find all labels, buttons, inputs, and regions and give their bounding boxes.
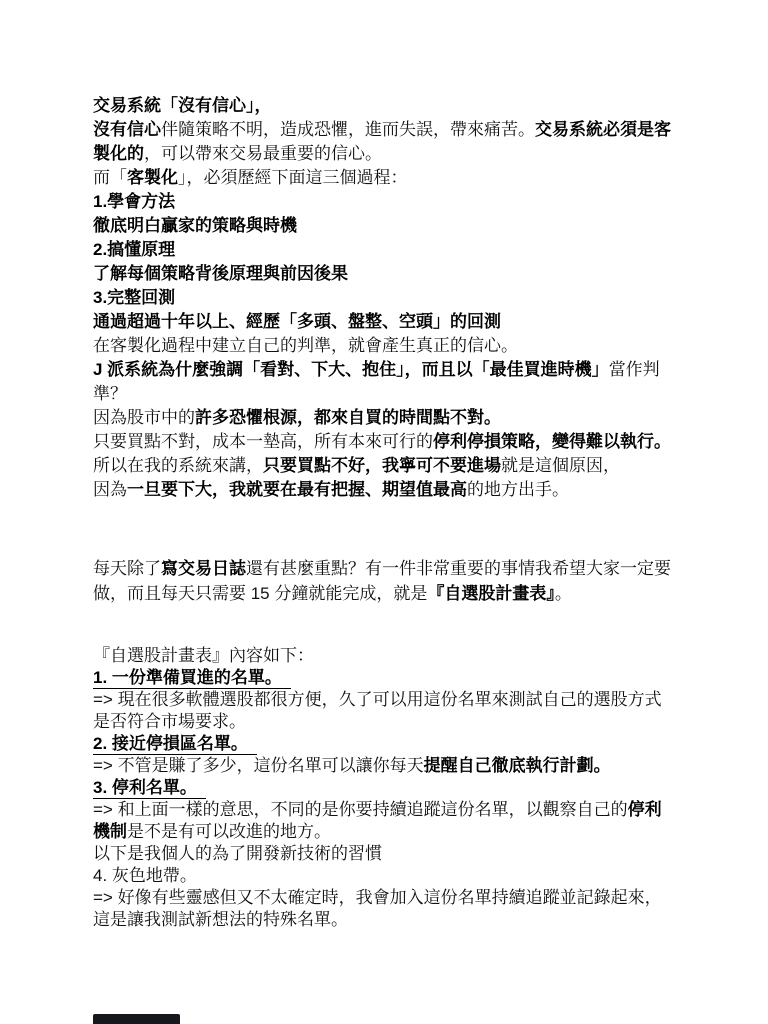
text-run: 這是讓我測試新想法的特殊名單。 [93, 910, 348, 929]
text-run: 所以在我的系統來講， [93, 456, 263, 475]
text-line: 只要買點不對，成本一墊高，所有本來可行的停利停損策略，變得難以執行。 [93, 430, 693, 454]
text-run-bold: 提醒自己徹底執行計劃。 [424, 756, 611, 775]
text-line: 沒有信心伴隨策略不明，造成恐懼，進而失誤，帶來痛苦。交易系統必須是客 [93, 118, 693, 142]
text-line: 這是讓我測試新想法的特殊名單。 [93, 909, 693, 931]
text-line: J 派系統為什麼強調「看對、下大、抱住」，而且以「最佳買進時機」當作判 [93, 358, 693, 382]
text-run-bold: 客製化 [127, 168, 178, 187]
text-line: 『自選股計畫表』內容如下： [93, 645, 693, 667]
text-line: 每天除了寫交易日誌還有甚麼重點？有一件非常重要的事情我希望大家一定要 [93, 556, 693, 581]
text-run-bold: 通過超過十年以上、經歷「多頭、盤整、空頭」的回測 [93, 312, 501, 331]
text-run: 因為 [93, 480, 127, 499]
text-run: => 現在很多軟體選股都很方便，久了可以用這份名單來測試自己的選股方式 [93, 690, 662, 709]
text-run: 每天除了 [93, 559, 161, 578]
text-run-bold: 停利 [628, 800, 662, 819]
text-run: 伴隨策略不明，造成恐懼，進而失誤，帶來痛苦。 [161, 120, 535, 139]
text-run-bold: 『自選股計畫表』 [427, 584, 555, 603]
text-line: 機制是不是有可以改進的地方。 [93, 821, 693, 843]
text-run: 是不是有可以改進的地方。 [127, 822, 331, 841]
text-line: 2. 接近停損區名單。 [93, 733, 693, 755]
text-run-bold: 交易系統「沒有信心」， [93, 96, 272, 115]
text-run-bold: 徹底明白贏家的策略與時機 [93, 216, 297, 235]
text-line: 做，而且每天只需要 15 分鐘就能完成，就是『自選股計畫表』。 [93, 581, 693, 606]
text-line: 因為一旦要下大，我就要在最有把握、期望值最高的地方出手。 [93, 478, 693, 502]
text-run: 的地方出手。 [467, 480, 569, 499]
text-run: 是否符合市場要求。 [93, 712, 246, 731]
text-run: 而「 [93, 168, 127, 187]
text-run: 以下是我個人的為了開發新技術的習慣 [93, 844, 382, 863]
text-run: 只要買點不對，成本一墊高，所有本來可行的 [93, 432, 433, 451]
text-run-bold: 製化的 [93, 144, 144, 163]
text-run: => 好像有些靈感但又不太確定時，我會加入這份名單持續追蹤並記錄起來， [93, 888, 662, 907]
text-line: 是否符合市場要求。 [93, 711, 693, 733]
text-line: 了解每個策略背後原理與前因後果 [93, 262, 693, 286]
text-run: 因為股市中的 [93, 408, 195, 427]
text-run-bold: 一旦要下大，我就要在最有把握、期望值最高 [127, 480, 467, 499]
text-line: 通過超過十年以上、經歷「多頭、盤整、空頭」的回測 [93, 310, 693, 334]
text-line: 而「客製化」，必須歷經下面這三個過程： [93, 166, 693, 190]
text-line: 所以在我的系統來講，只要買點不好，我寧可不要進場就是這個原因， [93, 454, 693, 478]
text-run-bold: 交易系統必須是客 [535, 120, 671, 139]
text-run: 在客製化過程中建立自己的判準，就會產生真正的信心。 [93, 336, 518, 355]
text-run: 」，必須歷經下面這三個過程： [178, 168, 408, 187]
text-line: 以下是我個人的為了開發新技術的習慣 [93, 843, 693, 865]
text-line: => 好像有些靈感但又不太確定時，我會加入這份名單持續追蹤並記錄起來， [93, 887, 693, 909]
text-run-bold: J 派系統為什麼強調「看對、下大、抱住」，而且以「最佳買進時機」 [93, 360, 609, 379]
text-run: 做，而且每天只需要 15 分鐘就能完成，就是 [93, 584, 427, 603]
text-line: => 不管是賺了多少，這份名單可以讓你每天提醒自己徹底執行計劃。 [93, 755, 693, 777]
next-line-cutoff-fragment [93, 1014, 180, 1024]
text-line: 交易系統「沒有信心」， [93, 94, 693, 118]
section-daily-task-intro: 每天除了寫交易日誌還有甚麼重點？有一件非常重要的事情我希望大家一定要做，而且每天… [93, 556, 693, 606]
text-line: 1.學會方法 [93, 190, 693, 214]
text-line: 2.搞懂原理 [93, 238, 693, 262]
text-line: 製化的，可以帶來交易最重要的信心。 [93, 142, 693, 166]
text-line: 因為股市中的許多恐懼根源，都來自買的時間點不對。 [93, 406, 693, 430]
text-line: 徹底明白贏家的策略與時機 [93, 214, 693, 238]
text-run: 還有甚麼重點？有一件非常重要的事情我希望大家一定要 [246, 559, 671, 578]
text-run-bold: 寫交易日誌 [161, 559, 246, 578]
list-heading-underlined: 2. 接近停損區名單。 [93, 734, 257, 755]
text-line: => 現在很多軟體選股都很方便，久了可以用這份名單來測試自己的選股方式 [93, 689, 693, 711]
text-run-bold: 只要買點不好，我寧可不要進場 [263, 456, 501, 475]
text-run-bold: 2.搞懂原理 [93, 240, 175, 259]
list-heading-underlined: 1. 一份準備買進的名單。 [93, 668, 291, 689]
text-line: 1. 一份準備買進的名單。 [93, 667, 693, 689]
text-run: => 不管是賺了多少，這份名單可以讓你每天 [93, 756, 424, 775]
text-run-bold: 1.學會方法 [93, 192, 175, 211]
text-line: 3. 停利名單。 [93, 777, 693, 799]
text-run-bold: 停利停損策略，變得難以執行。 [433, 432, 671, 451]
document-page: 交易系統「沒有信心」，沒有信心伴隨策略不明，造成恐懼，進而失誤，帶來痛苦。交易系… [0, 0, 768, 1024]
text-run: => 和上面一樣的意思，不同的是你要持續追蹤這份名單，以觀察自己的 [93, 800, 628, 819]
text-run: 。 [555, 584, 572, 603]
text-run-bold: 許多恐懼根源，都來自買的時間點不對。 [195, 408, 501, 427]
text-run: 4. 灰色地帶。 [93, 866, 197, 885]
section-trading-system-confidence: 交易系統「沒有信心」，沒有信心伴隨策略不明，造成恐懼，進而失誤，帶來痛苦。交易系… [93, 94, 693, 502]
text-run-bold: 了解每個策略背後原理與前因後果 [93, 264, 348, 283]
text-line: 3.完整回測 [93, 286, 693, 310]
section-watchlist-plan: 『自選股計畫表』內容如下：1. 一份準備買進的名單。=> 現在很多軟體選股都很方… [93, 645, 693, 931]
text-run: 就是這個原因， [501, 456, 620, 475]
text-line: 在客製化過程中建立自己的判準，就會產生真正的信心。 [93, 334, 693, 358]
text-line: => 和上面一樣的意思，不同的是你要持續追蹤這份名單，以觀察自己的停利 [93, 799, 693, 821]
list-heading-underlined: 3. 停利名單。 [93, 778, 206, 799]
text-run: 準？ [93, 384, 127, 403]
text-run-bold: 機制 [93, 822, 127, 841]
text-run: 『自選股計畫表』內容如下： [93, 646, 314, 665]
text-line: 準？ [93, 382, 693, 406]
text-run-bold: 沒有信心 [93, 120, 161, 139]
text-line: 4. 灰色地帶。 [93, 865, 693, 887]
text-run: ，可以帶來交易最重要的信心。 [144, 144, 382, 163]
text-run-bold: 3.完整回測 [93, 288, 175, 307]
text-run: 當作判 [609, 360, 660, 379]
